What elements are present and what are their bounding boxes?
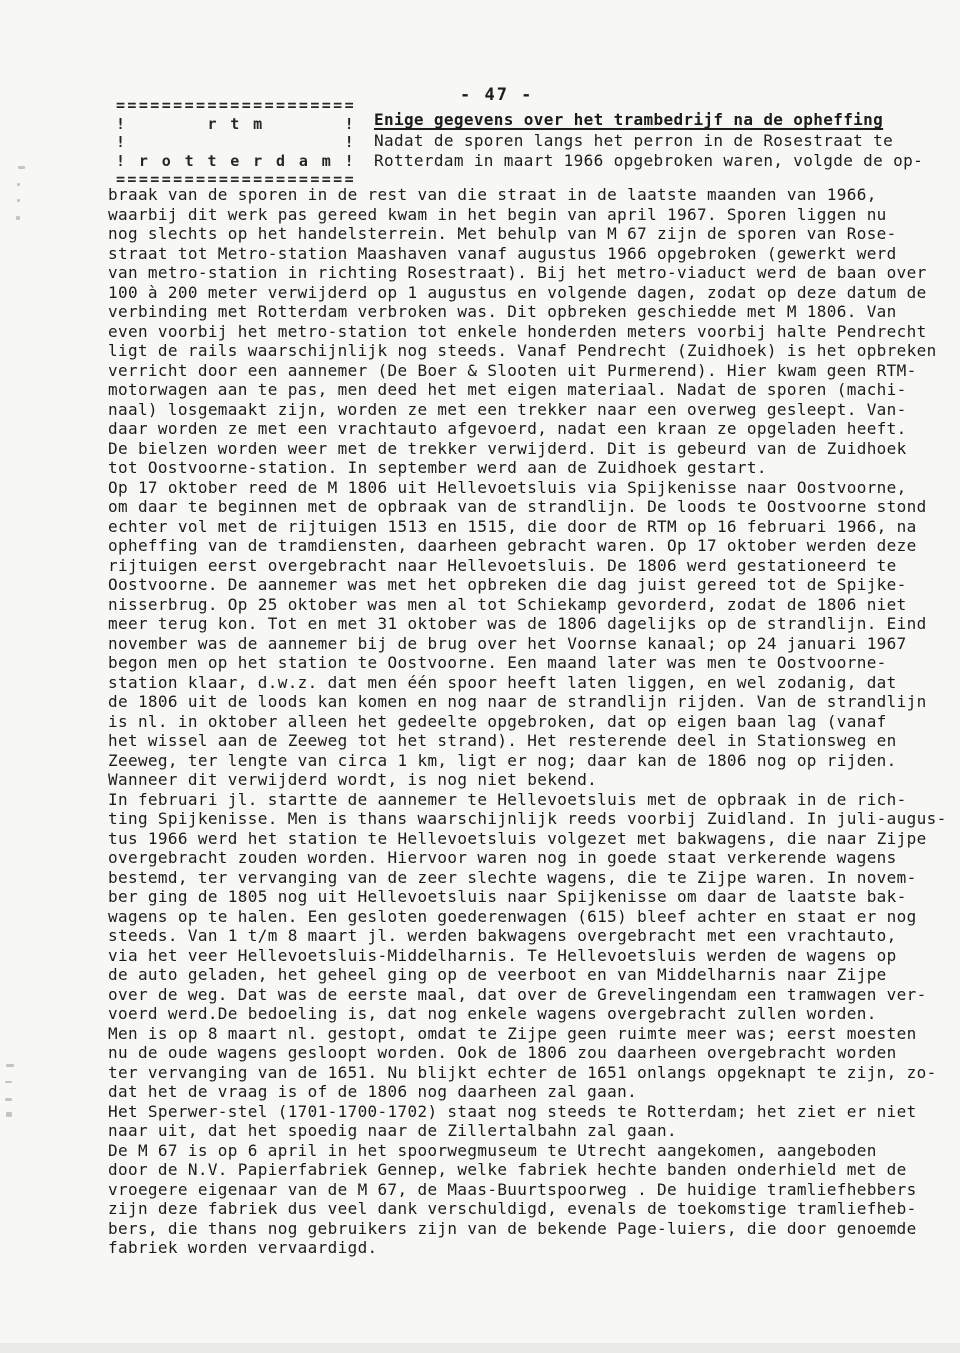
text-line: Rotterdam in maart 1966 opgebroken waren… (374, 151, 932, 171)
scan-speck (6, 1112, 12, 1117)
text-line: voerd werd.De bedoeling is, dat nog enke… (108, 1004, 932, 1024)
scan-speck (17, 183, 20, 186)
text-line: door de N.V. Papierfabriek Gennep, welke… (108, 1160, 932, 1180)
article-title: Enige gegevens over het trambedrijf na d… (374, 110, 883, 129)
text-line: nog slechts op het handelsterrein. Met b… (108, 224, 932, 244)
rtm-rotterdam-logo-box: =====================! r t m !! !! r o t… (116, 96, 356, 189)
text-line: straat tot Metro-station Maashaven vanaf… (108, 244, 932, 264)
text-line: fabriek worden vervaardigd. (108, 1238, 932, 1258)
text-line: daar worden ze met een vrachtauto afgevo… (108, 419, 932, 439)
scan-speck (5, 1098, 12, 1101)
text-line: 100 à 200 meter verwijderd op 1 augustus… (108, 283, 932, 303)
text-line: steeds. Van 1 t/m 8 maart jl. werden bak… (108, 926, 932, 946)
text-line: ter vervanging van de 1651. Nu blijkt ec… (108, 1063, 932, 1083)
page-header: - 47 - =====================! r t m !! !… (112, 85, 932, 185)
text-line: Men is op 8 maart nl. gestopt, omdat te … (108, 1024, 932, 1044)
text-line: dat het de vraag is of de 1806 nog daarh… (108, 1082, 932, 1102)
text-line: ber ging de 1805 nog uit Hellevoetsluis … (108, 887, 932, 907)
text-line: naar uit, dat het spoedig naar de Ziller… (108, 1121, 932, 1141)
text-line: zijn deze fabriek dus veel dank verschul… (108, 1199, 932, 1219)
text-line: even voorbij het metro-station tot enkel… (108, 322, 932, 342)
text-line: over de weg. Dat was de eerste maal, dat… (108, 985, 932, 1005)
text-line: naal) losgemaakt zijn, worden ze met een… (108, 400, 932, 420)
scan-speck (5, 1081, 12, 1083)
text-line: motorwagen aan te pas, men deed het met … (108, 380, 932, 400)
text-line: Wanneer dit verwijderd wordt, is nog nie… (108, 770, 932, 790)
article-body: braak van de sporen in de rest van die s… (108, 185, 932, 1258)
text-line: Oostvoorne. De aannemer was met het opbr… (108, 575, 932, 595)
text-line: het wissel aan de Zeeweg tot het strand)… (108, 731, 932, 751)
text-line: bestemd, ter vervanging van de zeer slec… (108, 868, 932, 888)
scan-speck (18, 166, 25, 169)
text-line: wagens op te halen. Een gesloten goedere… (108, 907, 932, 927)
text-line: Op 17 oktober reed de M 1806 uit Hellevo… (108, 478, 932, 498)
logo-box-line: ===================== (116, 170, 356, 189)
text-line: station klaar, d.w.z. dat men één spoor … (108, 673, 932, 693)
scan-speck (17, 199, 20, 202)
text-line: begon men op het station te Oostvoorne. … (108, 653, 932, 673)
text-line: opheffing van de tramdiensten, daarheen … (108, 536, 932, 556)
text-line: Het Sperwer-stel (1701-1700-1702) staat … (108, 1102, 932, 1122)
text-line: november was de aannemer bij de brug ove… (108, 634, 932, 654)
text-line: bers, die thans nog gebruikers zijn van … (108, 1219, 932, 1239)
text-line: ligt de rails waarschijnlijk nog steeds.… (108, 341, 932, 361)
scanned-document-page: - 47 - =====================! r t m !! !… (0, 0, 960, 1353)
scan-speck (16, 216, 20, 220)
text-line: echter vol met de rijtuigen 1513 en 1515… (108, 517, 932, 537)
scan-speck (6, 1064, 14, 1067)
text-line: van metro-station in richting Rosestraat… (108, 263, 932, 283)
text-line: verricht door een aannemer (De Boer & Sl… (108, 361, 932, 381)
text-line: De M 67 is op 6 april in het spoorwegmus… (108, 1141, 932, 1161)
text-line: ting Spijkenisse. Men is thans waarschij… (108, 809, 932, 829)
text-line: de 1806 uit de loods kan komen en nog na… (108, 692, 932, 712)
text-line: tot Oostvoorne-station. In september wer… (108, 458, 932, 478)
text-line: De bielzen worden weer met de trekker ve… (108, 439, 932, 459)
logo-box-line: ! ! (116, 133, 356, 152)
logo-box-line: ===================== (116, 96, 356, 115)
text-line: meer terug kon. Tot en met 31 oktober wa… (108, 614, 932, 634)
page-number: - 47 - (460, 85, 533, 105)
text-line: is nl. in oktober alleen het gedeelte op… (108, 712, 932, 732)
logo-box-line: ! r o t t e r d a m ! (116, 152, 356, 171)
text-line: de auto geladen, het geheel ging op de v… (108, 965, 932, 985)
text-line: nisserbrug. Op 25 oktober was men al tot… (108, 595, 932, 615)
text-line: via het veer Hellevoetsluis-Middelharnis… (108, 946, 932, 966)
text-line: Nadat de sporen langs het perron in de R… (374, 131, 932, 151)
text-line: verbinding met Rotterdam verbroken was. … (108, 302, 932, 322)
text-line: vroegere eigenaar van de M 67, de Maas-B… (108, 1180, 932, 1200)
article-intro: Nadat de sporen langs het perron in de R… (374, 131, 932, 170)
text-line: overgebracht zouden worden. Hiervoor war… (108, 848, 932, 868)
text-line: nu de oude wagens gesloopt worden. Ook d… (108, 1043, 932, 1063)
text-line: om daar te beginnen met de opbraak van d… (108, 497, 932, 517)
text-line: Zeeweg, ter lengte van circa 1 km, ligt … (108, 751, 932, 771)
logo-box-line: ! r t m ! (116, 115, 356, 134)
text-line: tus 1966 werd het station te Hellevoetsl… (108, 829, 932, 849)
text-line: waarbij dit werk pas gereed kwam in het … (108, 205, 932, 225)
text-line: rijtuigen eerst overgebracht naar Hellev… (108, 556, 932, 576)
text-line: In februari jl. startte de aannemer te H… (108, 790, 932, 810)
header-text-column: Enige gegevens over het trambedrijf na d… (374, 85, 932, 170)
